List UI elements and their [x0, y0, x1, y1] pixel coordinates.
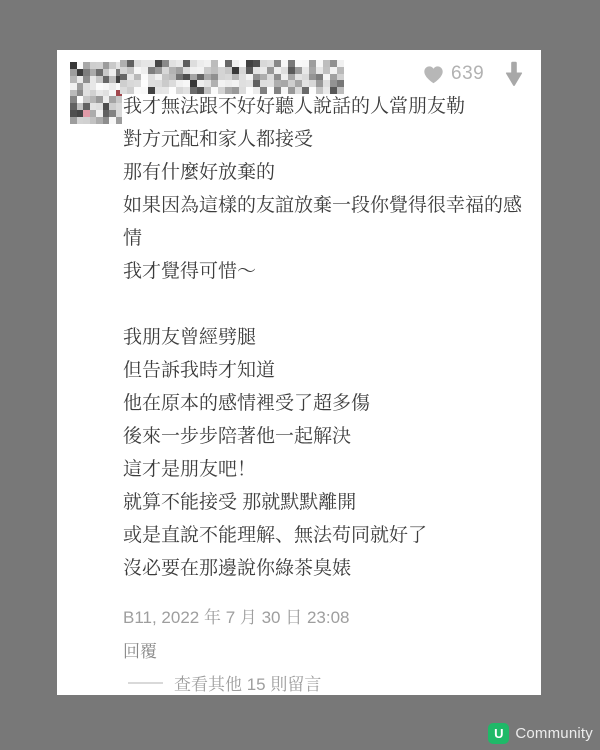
comment-text: 我才無法跟不好好聽人說話的人當朋友勒對方元配和家人都接受那有什麼好放棄的如果因為…	[123, 90, 522, 585]
comment-line: 就算不能接受 那就默默離開	[123, 486, 522, 519]
avatar[interactable]	[70, 62, 122, 124]
u-community-logo-icon: U	[488, 723, 509, 744]
view-more-dash-line	[128, 682, 163, 684]
heart-icon	[423, 65, 444, 84]
comment-line: 或是直說不能理解、無法苟同就好了	[123, 519, 522, 552]
like-count: 639	[451, 63, 484, 85]
comment-line: 我才覺得可惜～	[123, 255, 522, 288]
comment-line: 我才無法跟不好好聽人說話的人當朋友勒	[123, 90, 522, 123]
comment-line: 他在原本的感情裡受了超多傷	[123, 387, 522, 420]
username[interactable]	[120, 60, 344, 94]
collapse-comment-button[interactable]	[505, 61, 523, 87]
comment-line: 但告訴我時才知道	[123, 354, 522, 387]
comment-card: 639 我才無法跟不好好聽人說話的人當朋友勒對方元配和家人都接受那有什麼好放棄的…	[57, 50, 541, 695]
community-watermark: U Community	[488, 723, 593, 744]
page-background: { "page": { "background_color": "#787878…	[0, 0, 600, 750]
reply-button[interactable]: 回覆	[123, 637, 157, 662]
comment-line: 對方元配和家人都接受	[123, 123, 522, 156]
comment-line: 後來一步步陪著他一起解決	[123, 420, 522, 453]
comment-line	[123, 288, 522, 321]
watermark-brand-text: Community	[515, 725, 593, 742]
view-more-label: 查看其他 15 則留言	[174, 670, 321, 695]
comment-line: 我朋友曾經劈腿	[123, 321, 522, 354]
comment-timestamp: B11, 2022 年 7 月 30 日 23:08	[123, 603, 350, 628]
like-button[interactable]: 639	[423, 63, 484, 85]
comment-line: 那有什麼好放棄的	[123, 156, 522, 189]
view-more-comments[interactable]: 查看其他 15 則留言	[123, 670, 321, 695]
down-arrow-icon	[505, 61, 523, 87]
comment-line: 情	[123, 222, 522, 255]
comment-line: 如果因為這樣的友誼放棄一段你覺得很幸福的感	[123, 189, 522, 222]
comment-line: 沒必要在那邊說你綠茶臭婊	[123, 552, 522, 585]
comment-line: 這才是朋友吧！	[123, 453, 522, 486]
